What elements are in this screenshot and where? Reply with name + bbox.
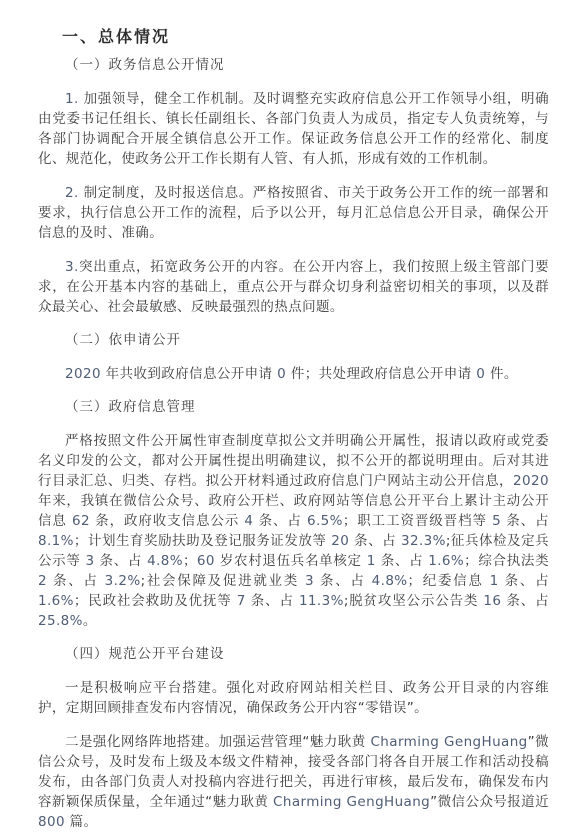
paragraph-platform-response: 一是积极响应平台搭建。强化对政府网站相关栏目、政务公开目录的内容维护，定期回顾排… (38, 678, 549, 718)
subheading-disclosure-on-request: （二）依申请公开 (38, 331, 549, 350)
paragraph-request-statistics: 2020 年共收到政府信息公开申请 0 件；共处理政府信息公开申请 0 件。 (38, 364, 549, 384)
paragraph-disclosure-statistics: 严格按照文件公开属性审查制度草拟公文并明确公开属性，报请以政府或党委名义印发的公… (38, 431, 549, 631)
document-page: 一、总体情况 （一）政务信息公开情况 1. 加强领导，健全工作机制。及时调整充实… (0, 0, 581, 834)
paragraph-establish-systems: 2. 制定制度，及时报送信息。严格按照省、市关于政务公开工作的统一部署和要求，执… (38, 183, 549, 243)
subheading-platform-construction: （四）规范公开平台建设 (38, 645, 549, 664)
paragraph-wechat-account: 二是强化网络阵地搭建。加强运营管理“魅力耿黄 Charming GengHuan… (38, 732, 549, 832)
subheading-information-management: （三）政府信息管理 (38, 398, 549, 417)
paragraph-strengthen-leadership: 1. 加强领导，健全工作机制。及时调整充实政府信息公开工作领导小组，明确由党委书… (38, 89, 549, 169)
section-heading: 一、总体情况 (38, 26, 549, 48)
subheading-info-disclosure: （一）政务信息公开情况 (38, 56, 549, 75)
paragraph-highlight-key-points: 3.突出重点，拓宽政务公开的内容。在公开内容上，我们按照上级主管部门要求，在公开… (38, 257, 549, 317)
